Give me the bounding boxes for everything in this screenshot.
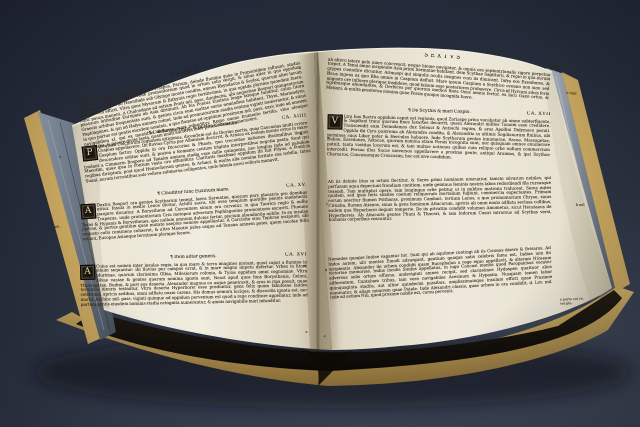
margin-note: ✦ <box>59 156 62 160</box>
woodcut-initial: A <box>80 204 95 219</box>
photograph-antique-open-book: LIBER ram vocant, & in ea oppida Cyzicus… <box>0 0 640 427</box>
margin-note: a porta cui va. vel pte. <box>560 297 586 306</box>
left-band-bottom: ¶ Item aliter genera. CA. XVI A Cuius es… <box>70 252 318 351</box>
gutter-mark: b <box>300 132 302 136</box>
running-head-sextvs: SEXTVS <box>424 52 463 61</box>
gutter-mark: e <box>324 334 326 338</box>
gutter-mark: a <box>328 70 330 74</box>
margin-note: b mil. <box>576 204 585 208</box>
chapter-heading: ¶ De Scythis & mari Caspio. <box>408 108 471 115</box>
running-head-liber: LIBER <box>170 67 201 78</box>
gutter-mark: e <box>305 330 307 334</box>
gutter-mark: a <box>298 66 300 70</box>
gutter-mark: b <box>327 136 329 140</box>
chapter-heading: ¶ Item aliter genera. <box>170 254 216 260</box>
body-text-paragraph: Cuius est nomen inter insulas regio, in … <box>80 259 307 307</box>
chapter-number: CA. XVII <box>527 112 551 117</box>
gutter-mark: c <box>302 198 304 202</box>
margin-note: a rege <box>566 92 577 97</box>
body-text-paragraph: Ab iis deinde litus in ortum flectitur, … <box>320 176 567 223</box>
chapter-number: CA. XIIII <box>282 114 307 122</box>
right-page-text: SEXTVS XXX ab altero latere gelu mare co… <box>320 46 566 352</box>
woodcut-initial: A <box>80 265 95 280</box>
woodcut-initial: P <box>82 145 98 161</box>
left-page-text: LIBER ram vocant, & in ea oppida Cyzicus… <box>70 54 316 354</box>
gutter-mark: d <box>304 264 306 268</box>
right-band-bottom: Nomades quoque Indiae vagantur hic. Sunt… <box>320 245 571 354</box>
gutter-mark: d <box>325 268 327 272</box>
gutter-mark: c <box>326 202 328 206</box>
folio-number: XXX <box>549 67 562 73</box>
body-text-paragraph: Ltra hos Bactra oppidum caput est region… <box>327 113 551 159</box>
